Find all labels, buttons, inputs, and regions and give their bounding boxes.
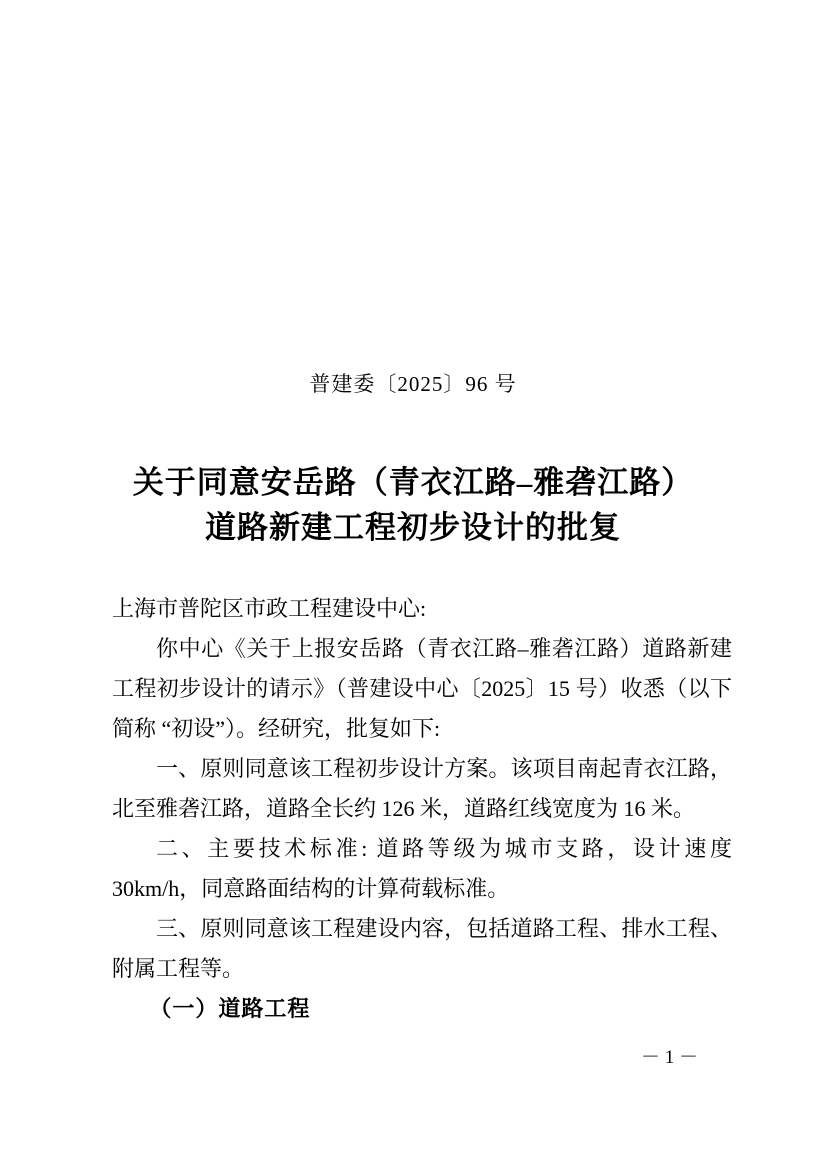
body-paragraph-2: 一、原则同意该工程初步设计方案。该项目南起青衣江路，北至雅砻江路，道路全长约 1… bbox=[112, 749, 732, 829]
page-number: － 1 － bbox=[0, 1045, 698, 1071]
document-number: 普建委〔2025〕96 号 bbox=[0, 369, 826, 399]
body-paragraph-3: 二、主要技术标准: 道路等级为城市支路，设计速度 30km/h，同意路面结构的计… bbox=[112, 829, 732, 909]
document-title: 关于同意安岳路（青衣江路–雅砻江路） 道路新建工程初步设计的批复 bbox=[0, 460, 826, 550]
body-paragraph-1: 你中心《关于上报安岳路（青衣江路–雅砻江路）道路新建工程初步设计的请示》（普建设… bbox=[112, 629, 732, 749]
body-paragraph-4: 三、原则同意该工程建设内容，包括道路工程、排水工程、附属工程等。 bbox=[112, 909, 732, 989]
document-title-line2: 道路新建工程初步设计的批复 bbox=[0, 505, 826, 550]
document-body: 上海市普陀区市政工程建设中心: 你中心《关于上报安岳路（青衣江路–雅砻江路）道路… bbox=[112, 589, 732, 1029]
document-page: 普建委〔2025〕96 号 关于同意安岳路（青衣江路–雅砻江路） 道路新建工程初… bbox=[0, 0, 826, 1169]
document-title-line1: 关于同意安岳路（青衣江路–雅砻江路） bbox=[0, 460, 826, 505]
section-heading-road-works: （一）道路工程 bbox=[112, 989, 732, 1029]
salutation: 上海市普陀区市政工程建设中心: bbox=[112, 589, 732, 629]
